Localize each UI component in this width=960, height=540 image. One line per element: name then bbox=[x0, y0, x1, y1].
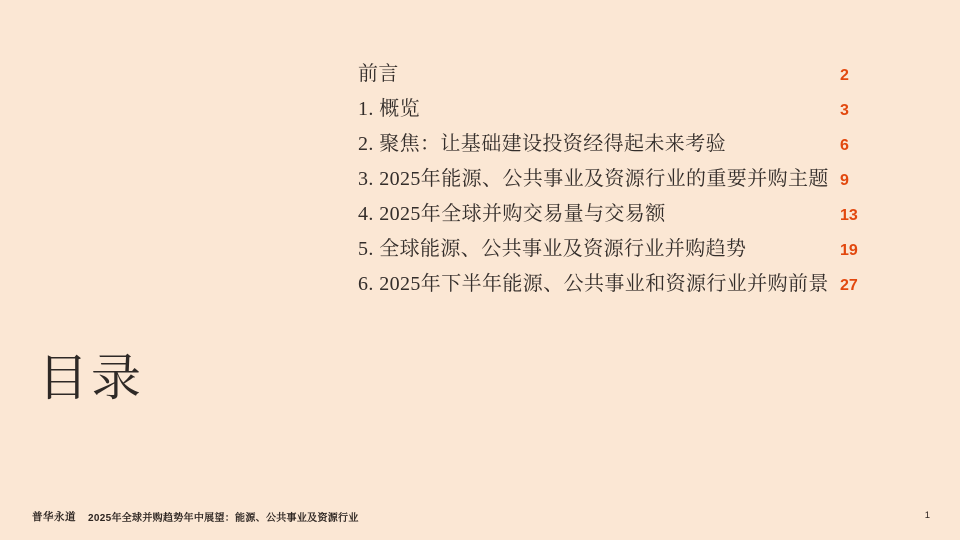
toc-item-label: 2. 聚焦：让基础建设投资经得起未来考验 bbox=[358, 127, 840, 162]
toc-item-page-number: 3 bbox=[840, 93, 872, 128]
document-page: 前言 2 1. 概览 3 2. 聚焦：让基础建设投资经得起未来考验 6 3. 2… bbox=[0, 0, 960, 540]
toc-item-page-number: 9 bbox=[840, 163, 872, 198]
toc-item-label: 前言 bbox=[358, 57, 840, 92]
page-title: 目录 bbox=[38, 348, 144, 408]
toc-item-spotlight[interactable]: 2. 聚焦：让基础建设投资经得起未来考验 6 bbox=[358, 127, 872, 162]
toc-item-overview[interactable]: 1. 概览 3 bbox=[358, 92, 872, 127]
footer-document-title: 2025年全球并购趋势年中展望：能源、公共事业及资源行业 bbox=[88, 509, 359, 524]
toc-item-label: 1. 概览 bbox=[358, 92, 840, 127]
toc-item-label: 4. 2025年全球并购交易量与交易额 bbox=[358, 197, 840, 232]
toc-item-page-number: 13 bbox=[840, 198, 872, 233]
footer: 普华永道 2025年全球并购趋势年中展望：能源、公共事业及资源行业 bbox=[32, 508, 359, 524]
toc-item-label: 3. 2025年能源、公共事业及资源行业的重要并购主题 bbox=[358, 162, 840, 197]
toc-item-page-number: 6 bbox=[840, 128, 872, 163]
toc-item-label: 5. 全球能源、公共事业及资源行业并购趋势 bbox=[358, 232, 840, 267]
table-of-contents: 前言 2 1. 概览 3 2. 聚焦：让基础建设投资经得起未来考验 6 3. 2… bbox=[358, 57, 872, 302]
page-number: 1 bbox=[925, 508, 930, 524]
toc-item-global-volumes-values[interactable]: 4. 2025年全球并购交易量与交易额 13 bbox=[358, 197, 872, 232]
toc-item-page-number: 27 bbox=[840, 268, 872, 303]
brand-wordmark: 普华永道 bbox=[32, 509, 76, 524]
toc-item-global-trends[interactable]: 5. 全球能源、公共事业及资源行业并购趋势 19 bbox=[358, 232, 872, 267]
toc-item-page-number: 2 bbox=[840, 58, 872, 93]
toc-item-foreword[interactable]: 前言 2 bbox=[358, 57, 872, 92]
toc-item-label: 6. 2025年下半年能源、公共事业和资源行业并购前景 bbox=[358, 267, 840, 302]
toc-item-page-number: 19 bbox=[840, 233, 872, 268]
toc-item-key-themes[interactable]: 3. 2025年能源、公共事业及资源行业的重要并购主题 9 bbox=[358, 162, 872, 197]
toc-item-outlook[interactable]: 6. 2025年下半年能源、公共事业和资源行业并购前景 27 bbox=[358, 267, 872, 302]
